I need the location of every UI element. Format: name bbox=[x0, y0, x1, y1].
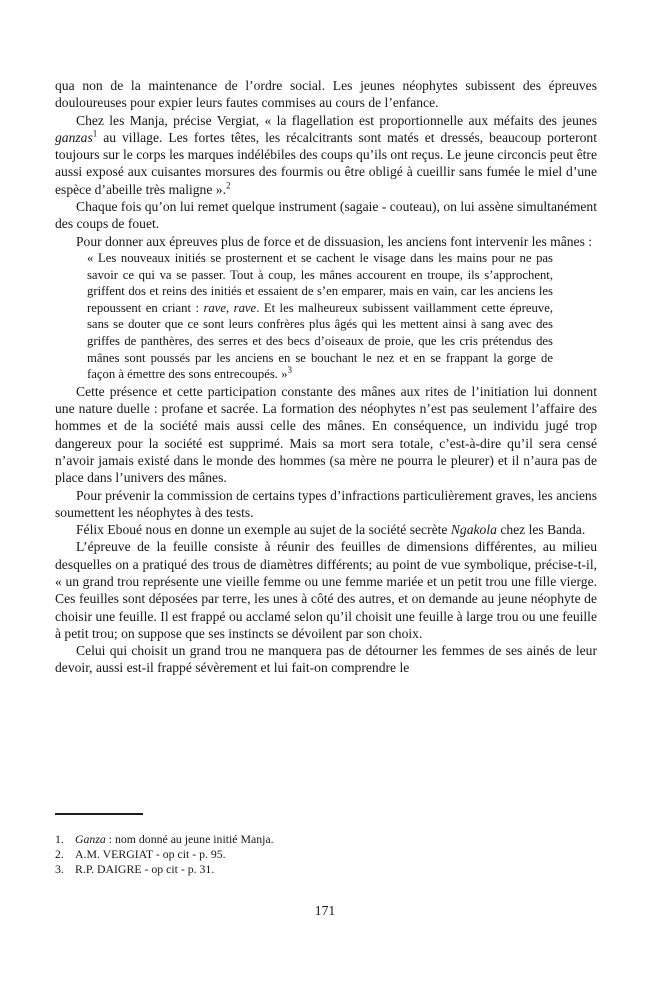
footnote-text: A.M. VERGIAT - op cit - p. 95. bbox=[75, 847, 597, 862]
paragraph: Félix Eboué nous en donne un exemple au … bbox=[55, 521, 597, 538]
italic-term: rave bbox=[203, 301, 226, 315]
paragraph: Chaque fois qu’on lui remet quelque inst… bbox=[55, 198, 597, 233]
document-page: qua non de la maintenance de l’ordre soc… bbox=[0, 0, 650, 1000]
page-body-text: qua non de la maintenance de l’ordre soc… bbox=[55, 77, 597, 677]
paragraph: Chez les Manja, précise Vergiat, « la fl… bbox=[55, 112, 597, 198]
footnote-text: R.P. DAIGRE - op cit - p. 31. bbox=[75, 862, 597, 877]
paragraph: Pour prévenir la commission de certains … bbox=[55, 487, 597, 522]
footnote-item: 2.A.M. VERGIAT - op cit - p. 95. bbox=[55, 847, 597, 862]
italic-term: ganzas bbox=[55, 130, 93, 145]
footnote-marker: 2. bbox=[55, 847, 75, 862]
italic-term: Ganza bbox=[75, 832, 106, 846]
footnote-ref: 1 bbox=[93, 128, 98, 138]
page-number: 171 bbox=[0, 903, 650, 919]
footnote-area: 1.Ganza : nom donné au jeune initié Manj… bbox=[55, 813, 597, 877]
paragraph: Pour donner aux épreuves plus de force e… bbox=[55, 233, 597, 250]
footnotes-list: 1.Ganza : nom donné au jeune initié Manj… bbox=[55, 832, 597, 877]
paragraph: qua non de la maintenance de l’ordre soc… bbox=[55, 77, 597, 112]
footnote-ref: 2 bbox=[226, 180, 231, 190]
italic-term: Ngakola bbox=[451, 522, 497, 537]
block-quote: « Les nouveaux initiés se prosternent et… bbox=[87, 250, 553, 383]
paragraph: Cette présence et cette participation co… bbox=[55, 383, 597, 487]
footnote-marker: 1. bbox=[55, 832, 75, 847]
footnote-item: 3.R.P. DAIGRE - op cit - p. 31. bbox=[55, 862, 597, 877]
footnote-divider bbox=[55, 813, 143, 815]
paragraph: L’épreuve de la feuille consiste à réuni… bbox=[55, 538, 597, 642]
footnote-ref: 3 bbox=[287, 365, 292, 375]
footnote-item: 1.Ganza : nom donné au jeune initié Manj… bbox=[55, 832, 597, 847]
paragraph: Celui qui choisit un grand trou ne manqu… bbox=[55, 642, 597, 677]
footnote-marker: 3. bbox=[55, 862, 75, 877]
italic-term: rave bbox=[234, 301, 257, 315]
footnote-text: Ganza : nom donné au jeune initié Manja. bbox=[75, 832, 597, 847]
